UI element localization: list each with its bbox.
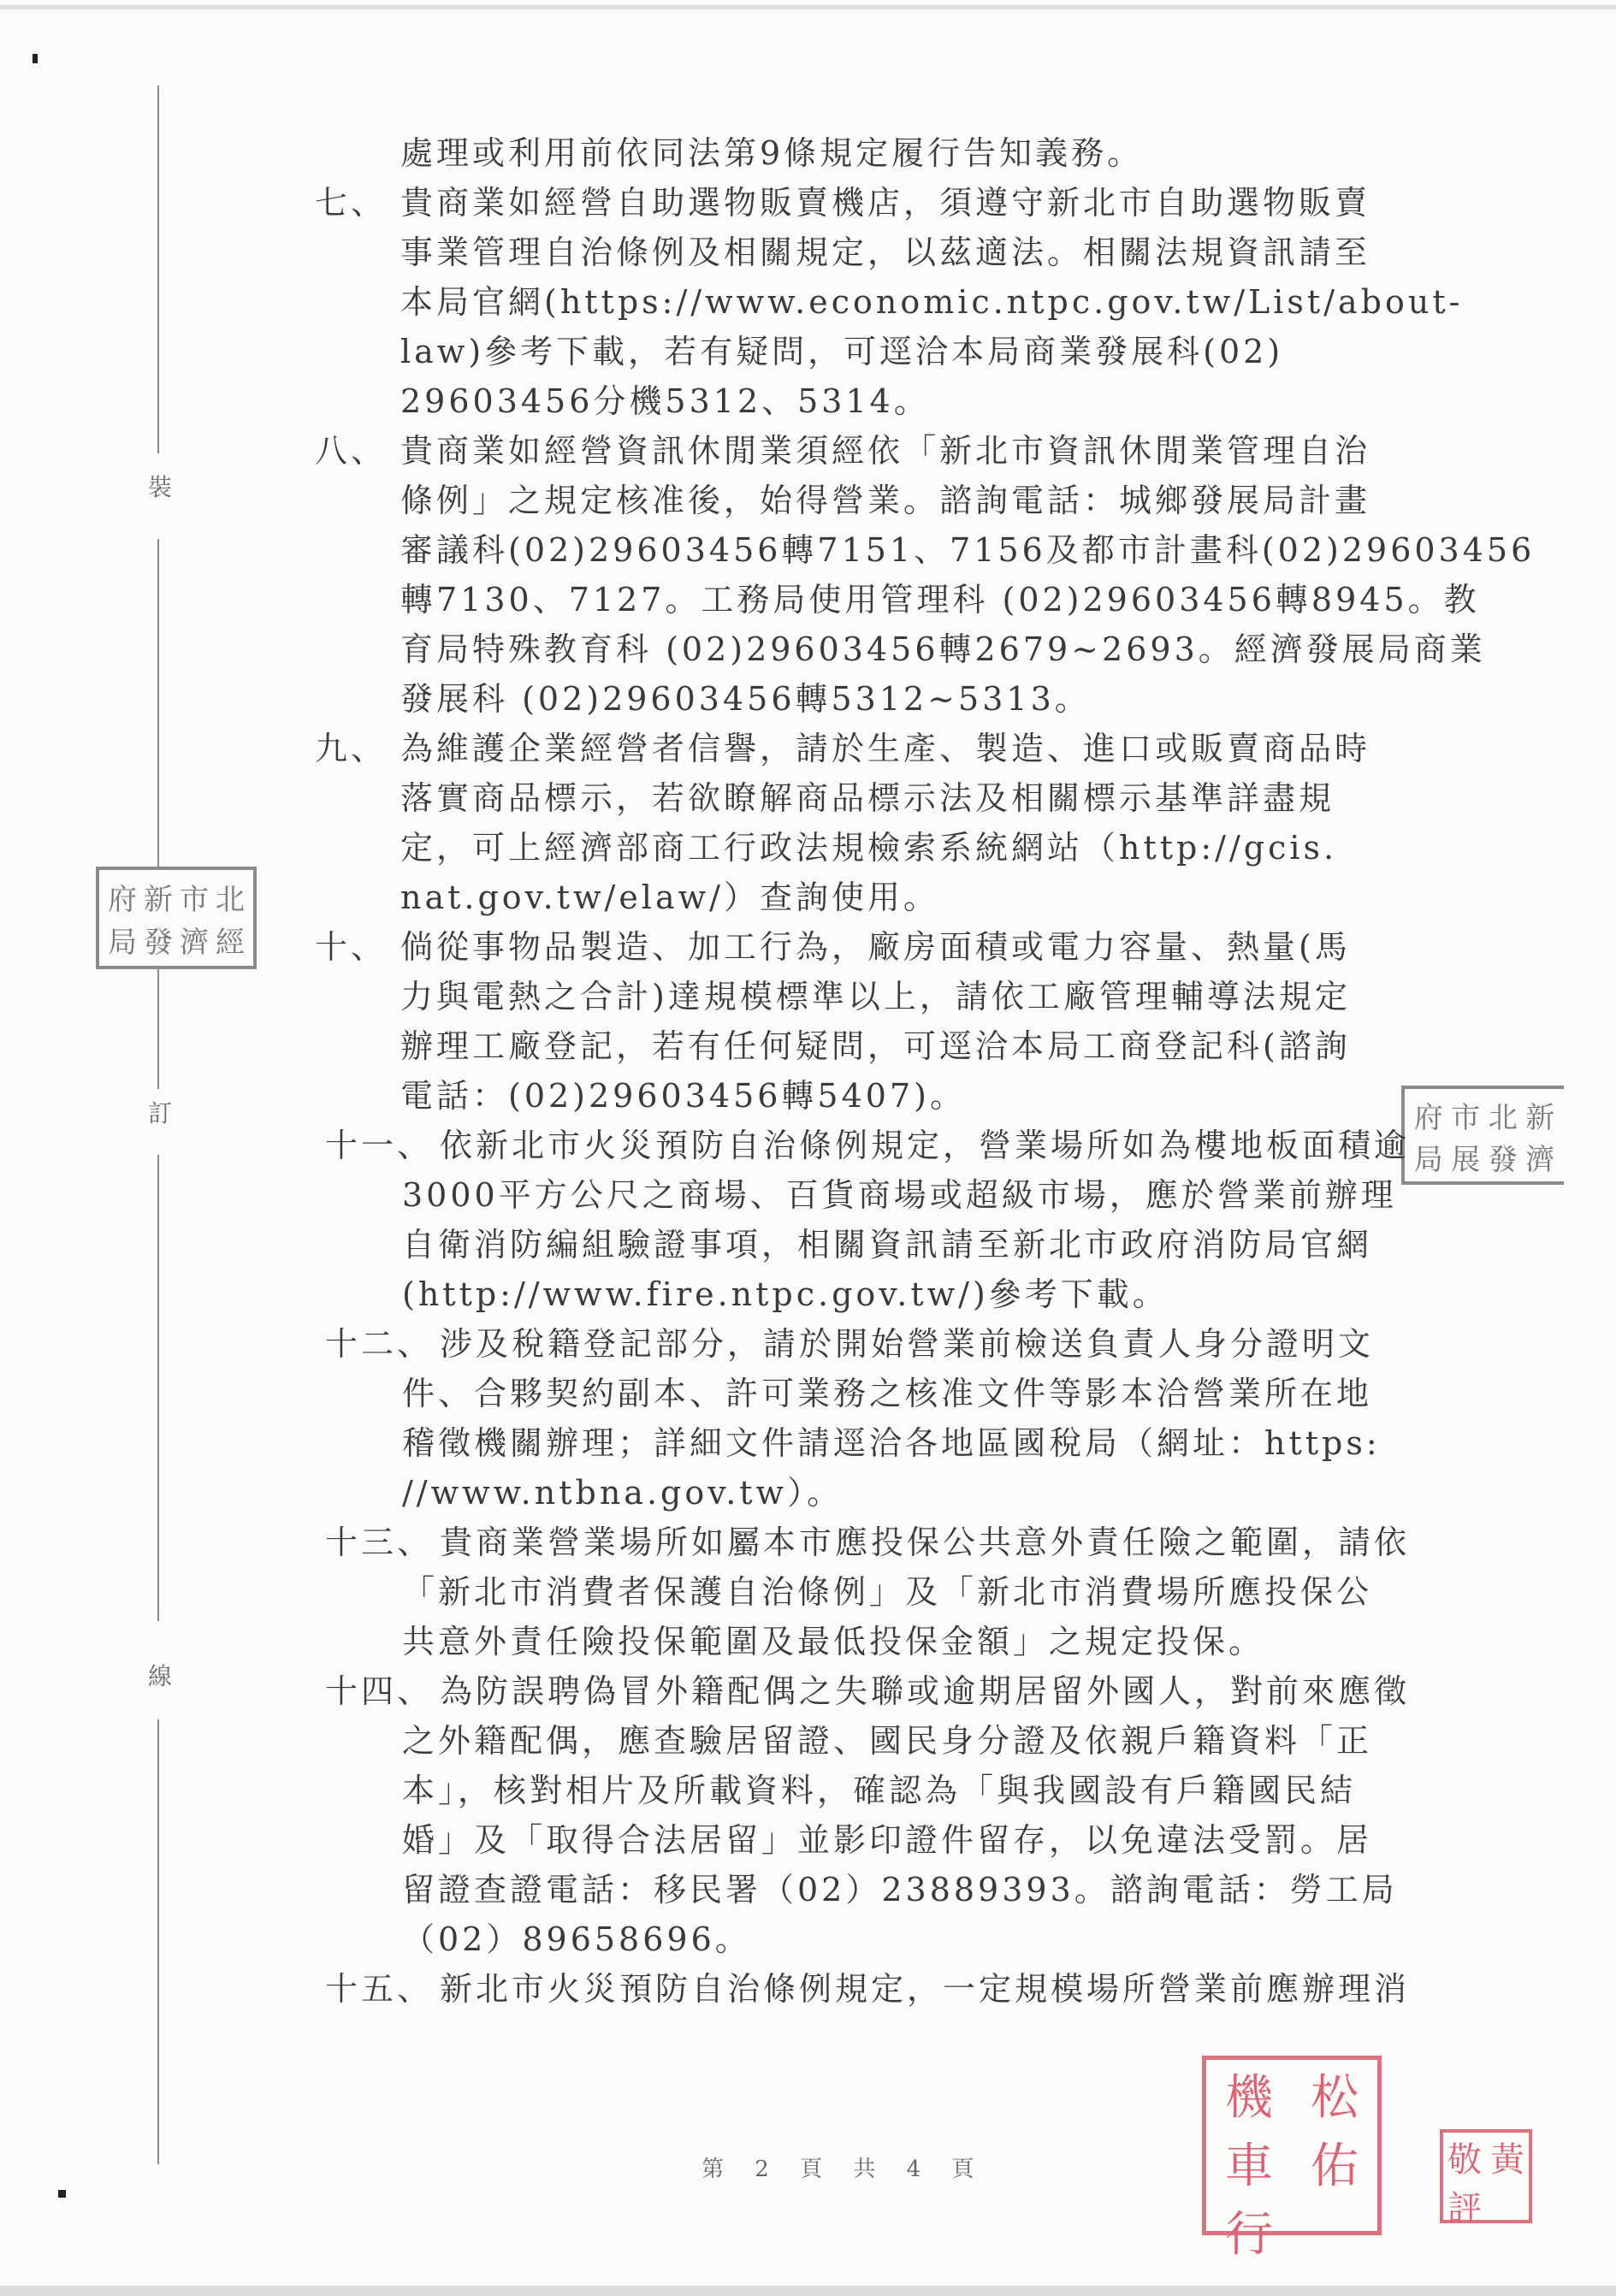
seal-glyph: 局 bbox=[108, 919, 137, 961]
binding-mark-zhuang: 裝 bbox=[147, 469, 173, 503]
clause-line: nat.gov.tw/elaw/）查詢使用。 bbox=[400, 873, 1429, 922]
clause-number: 十四、 bbox=[325, 1666, 433, 1716]
clause-line: 轉7130、7127。工務局使用管理科 (02)29603456轉8945。教 bbox=[400, 575, 1429, 624]
clause-11: 十一、 依新北市火災預防自治條例規定，營業場所如為樓地板面積逾 3000平方公尺… bbox=[317, 1121, 1429, 1319]
clause-15: 十五、 新北市火災預防自治條例規定，一定規模場所營業前應辦理消 bbox=[317, 1964, 1429, 2014]
seal-glyph: 發 bbox=[1489, 1136, 1518, 1178]
clause-line: 貴商業營業場所如屬本市應投保公共意外責任險之範圍，請依 bbox=[440, 1518, 1429, 1567]
clause-14: 十四、 為防誤聘偽冒外籍配偶之失聯或逾期居留外國人，對前來應徵 之外籍配偶，應查… bbox=[317, 1666, 1429, 1964]
clause-line: 3000平方公尺之商場、百貨商場或超級市場，應於營業前辦理 bbox=[402, 1170, 1429, 1220]
clause-line: 條例」之規定核准後，始得營業。諮詢電話：城鄉發展局計畫 bbox=[400, 476, 1429, 525]
clause-number: 十一、 bbox=[325, 1121, 433, 1170]
seal-glyph: 經 bbox=[216, 919, 245, 961]
registration-mark-bottom bbox=[58, 2190, 66, 2198]
clause-line: （02）89658696。 bbox=[402, 1914, 1429, 1964]
registration-mark-top bbox=[33, 54, 38, 63]
clause-number: 七、 bbox=[315, 178, 387, 228]
company-seal: 機 松 車 佑 行 bbox=[1202, 2056, 1382, 2235]
clause-line: law)參考下載，若有疑問，可逕洽本局商業發展科(02) bbox=[400, 327, 1429, 376]
clause-line: 為維護企業經營者信譽，請於生產、製造、進口或販賣商品時 bbox=[400, 724, 1429, 773]
clause-line: 件、合夥契約副本、許可業務之核准文件等影本洽營業所在地 bbox=[402, 1369, 1429, 1418]
seal-glyph: 車 bbox=[1225, 2128, 1273, 2197]
clause-12: 十二、 涉及稅籍登記部分，請於開始營業前檢送負責人身分證明文 件、合夥契約副本、… bbox=[317, 1319, 1429, 1518]
seal-glyph: 濟 bbox=[180, 919, 209, 961]
clause-line: 留證查證電話：移民署（02）23889393。諮詢電話：勞工局 bbox=[402, 1865, 1429, 1914]
clause-line: 29603456分機5312、5314。 bbox=[400, 376, 1429, 426]
clause-number: 八、 bbox=[315, 426, 387, 476]
clause-line: 倘從事物品製造、加工行為，廠房面積或電力容量、熱量(馬 bbox=[400, 922, 1429, 972]
seal-glyph: 評 bbox=[1447, 2181, 1482, 2230]
seal-glyph: 黃 bbox=[1490, 2133, 1524, 2181]
page-number-footer: 第 2 頁 共 4 頁 bbox=[701, 2151, 986, 2183]
binding-line-segment bbox=[157, 1155, 159, 1621]
clause-line: 「新北市消費者保護自治條例」及「新北市消費場所應投保公 bbox=[402, 1567, 1429, 1617]
clause-7: 七、 貴商業如經營自助選物販賣機店，須遵守新北市自助選物販賣 事業管理自治條例及… bbox=[317, 178, 1429, 426]
clause-line: 審議科(02)29603456轉7151、7156及都市計畫科(02)29603… bbox=[400, 525, 1429, 575]
binding-mark-ding: 訂 bbox=[147, 1095, 173, 1129]
clause-line: 為防誤聘偽冒外籍配偶之失聯或逾期居留外國人，對前來應徵 bbox=[440, 1666, 1429, 1716]
clause-9: 九、 為維護企業經營者信譽，請於生產、製造、進口或販賣商品時 落實商品標示，若欲… bbox=[317, 724, 1429, 922]
seal-glyph: 敬 bbox=[1447, 2133, 1482, 2181]
seal-glyph: 市 bbox=[180, 876, 209, 918]
clause-number: 十二、 bbox=[325, 1319, 433, 1369]
clause-line: 力與電熱之合計)達規模標準以上，請依工廠管理輔導法規定 bbox=[400, 972, 1429, 1021]
clause-line: 共意外責任險投保範圍及最低投保金額」之規定投保。 bbox=[402, 1617, 1429, 1666]
clause-line: //www.ntbna.gov.tw）。 bbox=[402, 1468, 1429, 1518]
clause-line: (http://www.fire.ntpc.gov.tw/)參考下載。 bbox=[402, 1269, 1429, 1319]
clause-number: 十五、 bbox=[325, 1964, 433, 2014]
binding-line-segment bbox=[157, 969, 159, 1089]
clause-8: 八、 貴商業如經營資訊休閒業須經依「新北市資訊休閒業管理自治 條例」之規定核准後… bbox=[317, 426, 1429, 724]
clause-line: 事業管理自治條例及相關規定，以茲適法。相關法規資訊請至 bbox=[400, 228, 1429, 277]
document-body: 處理或利用前依同法第9條規定履行告知義務。 七、 貴商業如經營自助選物販賣機店，… bbox=[317, 128, 1429, 2014]
scan-bottom-edge bbox=[0, 2286, 1616, 2296]
binding-line-segment bbox=[157, 86, 159, 453]
personal-seal: 敬 黃 評 bbox=[1440, 2129, 1532, 2223]
seal-glyph: 北 bbox=[1489, 1094, 1518, 1136]
seal-glyph: 市 bbox=[1451, 1094, 1480, 1136]
seal-glyph: 行 bbox=[1225, 2197, 1273, 2265]
seal-glyph: 松 bbox=[1311, 2060, 1359, 2128]
seal-glyph: 新 bbox=[144, 876, 173, 918]
clause-line: 落實商品標示，若欲瞭解商品標示法及相關標示基準詳盡規 bbox=[400, 773, 1429, 823]
seal-glyph: 北 bbox=[216, 876, 245, 918]
clause-line: 辦理工廠登記，若有任何疑問，可逕洽本局工商登記科(諮詢 bbox=[400, 1021, 1429, 1071]
clause-line: 發展科 (02)29603456轉5312~5313。 bbox=[400, 674, 1429, 724]
continuation-line: 處理或利用前依同法第9條規定履行告知義務。 bbox=[317, 128, 1429, 178]
clause-number: 九、 bbox=[315, 724, 387, 773]
binding-line-segment bbox=[157, 539, 159, 868]
clause-10: 十、 倘從事物品製造、加工行為，廠房面積或電力容量、熱量(馬 力與電熱之合計)達… bbox=[317, 922, 1429, 1121]
seal-glyph: 府 bbox=[108, 876, 137, 918]
clause-line: 本」，核對相片及所載資料，確認為「與我國設有戶籍國民結 bbox=[402, 1766, 1429, 1815]
clause-line: 依新北市火災預防自治條例規定，營業場所如為樓地板面積逾 bbox=[440, 1121, 1429, 1170]
official-seal-left: 府 新 市 北 局 發 濟 經 bbox=[96, 867, 257, 969]
clause-line: 稽徵機關辦理；詳細文件請逕洽各地區國稅局（網址：https: bbox=[402, 1418, 1429, 1468]
clause-line: 之外籍配偶，應查驗居留證、國民身分證及依親戶籍資料「正 bbox=[402, 1716, 1429, 1766]
clause-line: 本局官網(https://www.economic.ntpc.gov.tw/Li… bbox=[400, 277, 1429, 327]
seal-glyph: 新 bbox=[1525, 1094, 1554, 1136]
seal-glyph: 展 bbox=[1451, 1136, 1480, 1178]
clause-line: 育局特殊教育科 (02)29603456轉2679~2693。經濟發展局商業 bbox=[400, 624, 1429, 674]
clause-line: 貴商業如經營自助選物販賣機店，須遵守新北市自助選物販賣 bbox=[400, 178, 1429, 228]
seal-glyph: 機 bbox=[1225, 2060, 1273, 2128]
clause-line: 電話：(02)29603456轉5407)。 bbox=[400, 1071, 1429, 1121]
seal-glyph: 發 bbox=[144, 919, 173, 961]
clause-line: 新北市火災預防自治條例規定，一定規模場所營業前應辦理消 bbox=[440, 1964, 1429, 2014]
clause-13: 十三、 貴商業營業場所如屬本市應投保公共意外責任險之範圍，請依 「新北市消費者保… bbox=[317, 1518, 1429, 1666]
clause-number: 十三、 bbox=[325, 1518, 433, 1567]
scan-top-edge bbox=[0, 5, 1616, 9]
clause-number: 十、 bbox=[315, 922, 387, 972]
clause-line: 定，可上經濟部商工行政法規檢索系統網站（http://gcis. bbox=[400, 823, 1429, 873]
clause-line: 貴商業如經營資訊休閒業須經依「新北市資訊休閒業管理自治 bbox=[400, 426, 1429, 476]
seal-glyph: 濟 bbox=[1525, 1136, 1554, 1178]
seal-glyph: 佑 bbox=[1311, 2128, 1359, 2197]
clause-line: 涉及稅籍登記部分，請於開始營業前檢送負責人身分證明文 bbox=[440, 1319, 1429, 1369]
clause-line: 自衛消防編組驗證事項，相關資訊請至新北市政府消防局官網 bbox=[402, 1220, 1429, 1269]
clause-line: 婚」及「取得合法居留」並影印證件留存，以免違法受罰。居 bbox=[402, 1815, 1429, 1865]
binding-mark-xian: 線 bbox=[147, 1658, 173, 1692]
binding-line-segment bbox=[157, 1719, 159, 2164]
